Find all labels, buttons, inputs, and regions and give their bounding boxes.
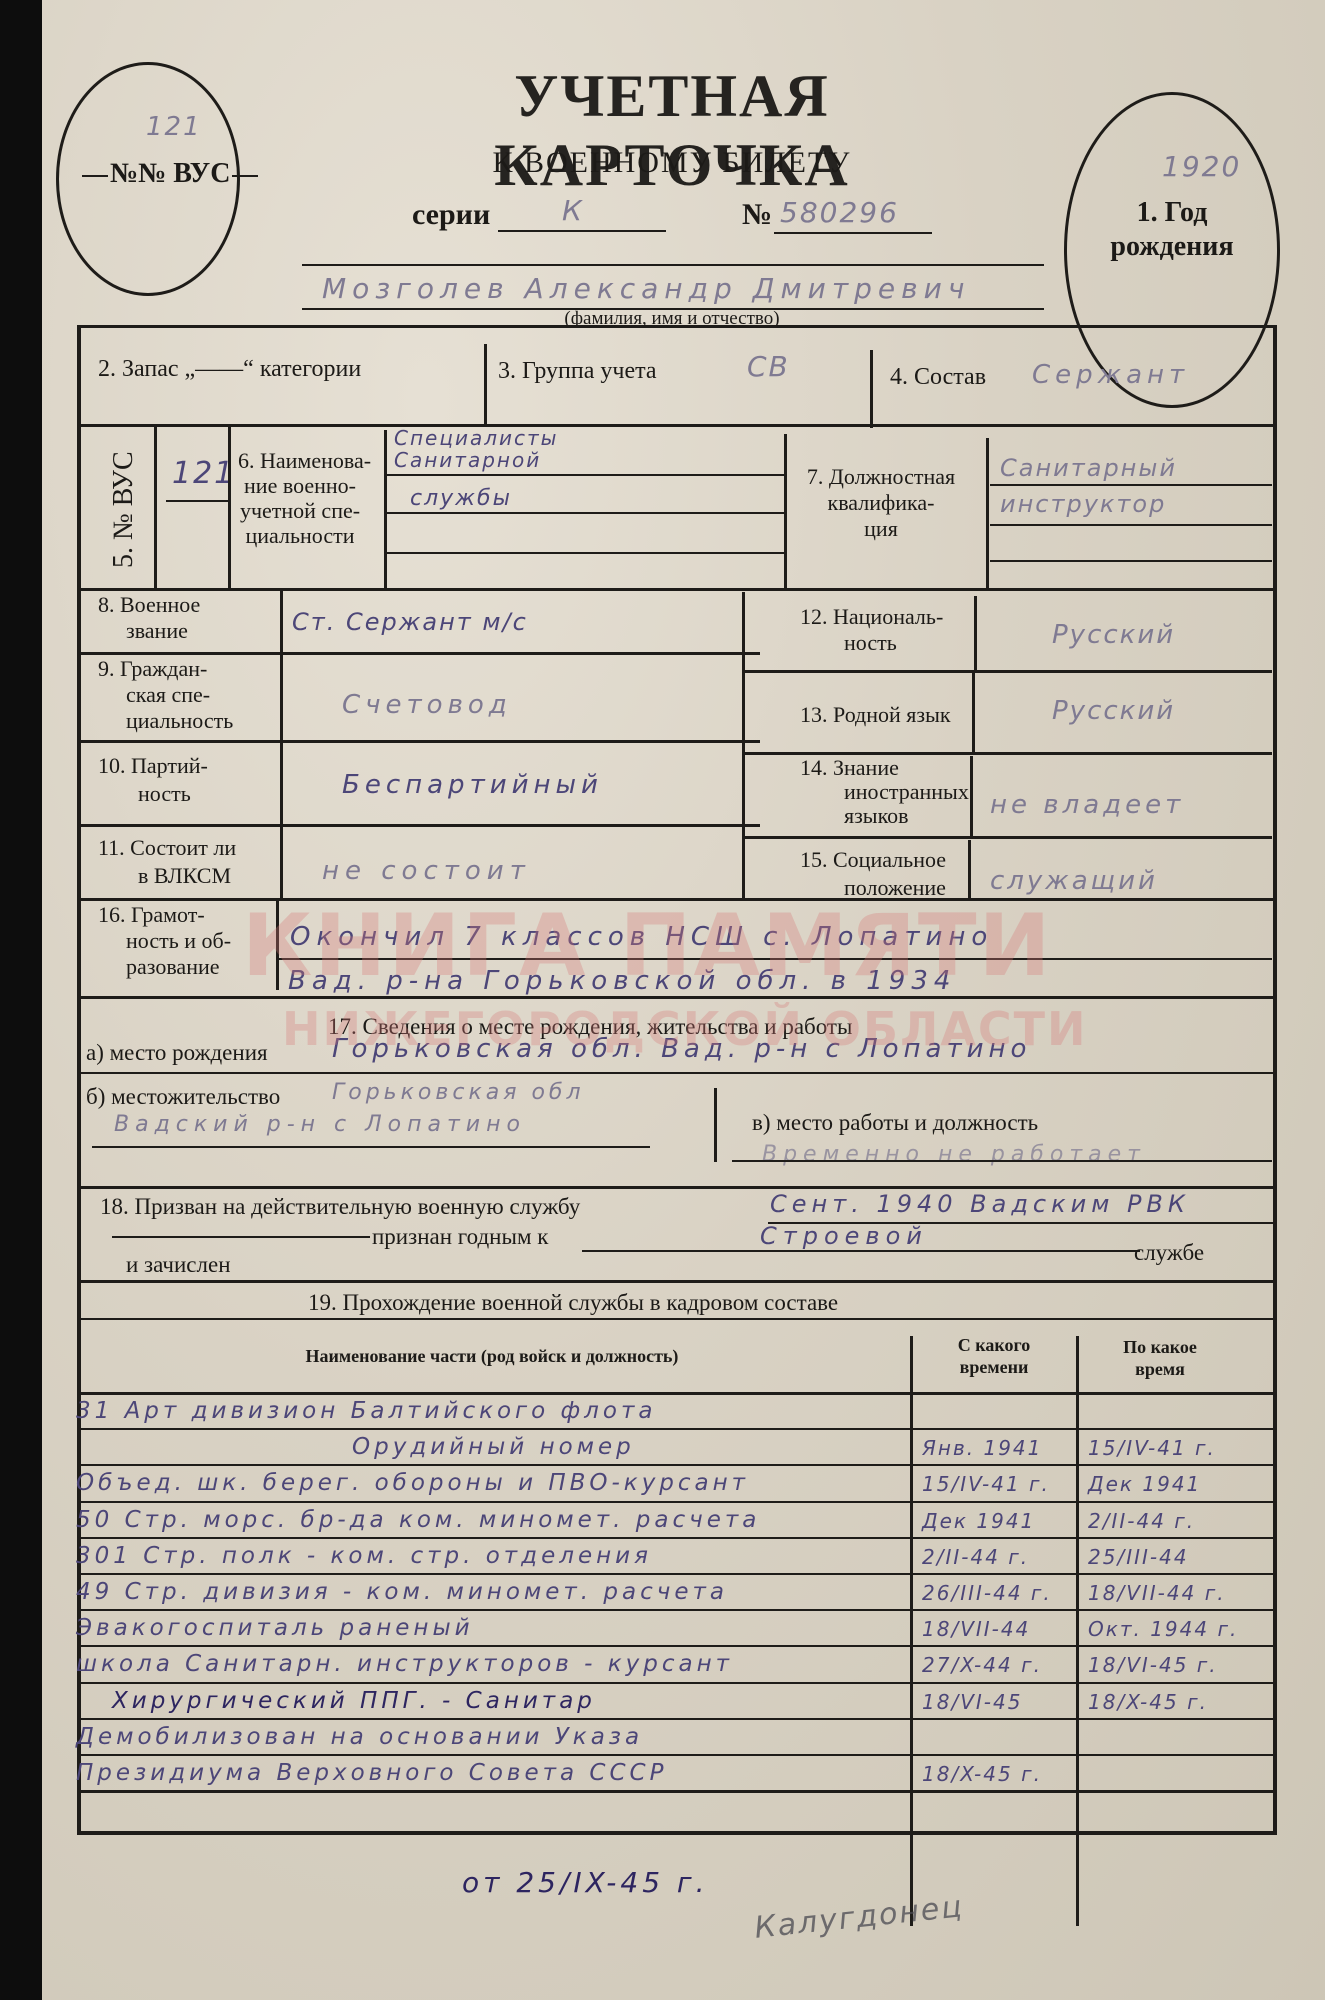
- service-row-unit: Хирургический ППГ. - Санитар: [112, 1688, 596, 1714]
- work-value: Временно не работает: [762, 1142, 1146, 1167]
- foreign-lang-label: 14. Знание иностранных языков: [800, 756, 969, 828]
- civil-label-line: ская спе-: [98, 682, 233, 708]
- service-row-line: [80, 1754, 1274, 1756]
- section19-title: 19. Прохождение военной службы в кадрово…: [308, 1290, 838, 1316]
- service-row-to: 15/IV-41 г.: [1088, 1436, 1216, 1460]
- service-row-line: [80, 1609, 1274, 1611]
- service-row-line: [80, 1501, 1274, 1503]
- birth-year-label-1: 1. Год: [1102, 196, 1242, 230]
- foreign-lang-label-line: иностранных: [800, 780, 969, 804]
- foreign-lang-label-line: языков: [800, 804, 969, 828]
- page-subtitle: К ВОЕННОМУ БИЛЕТУ: [342, 146, 1002, 180]
- service-row-from: 15/IV-41 г.: [922, 1472, 1050, 1496]
- reserve-label: 2. Запас „——“ категории: [98, 356, 361, 383]
- qualification-value-2: инструктор: [1000, 490, 1166, 518]
- date-note: от 25/IX-45 г.: [462, 1866, 709, 1899]
- service-row-unit: школа Санитарн. инструкторов - курсант: [76, 1651, 733, 1677]
- qualification-label-line: квалифика-: [788, 490, 974, 516]
- service-row-line: [80, 1718, 1274, 1720]
- number-value: 580296: [780, 196, 899, 229]
- qualification-label-line: 7. Должностная: [788, 464, 974, 490]
- rank-label: 8. Военное звание: [98, 592, 200, 644]
- nationality-label: 12. Националь- ность: [800, 604, 943, 656]
- enrolled-label: и зачислен: [126, 1252, 231, 1278]
- specialty-label: 6. Наименова- ние военно- учетной спе- ц…: [238, 448, 362, 548]
- col-unit-header: Наименование части (род войск и должност…: [82, 1346, 902, 1367]
- col-from-line: времени: [914, 1356, 1074, 1378]
- birth-year-value: 1920: [1162, 150, 1241, 183]
- birthplace-value: Горьковская обл. Вад. р-н с Лопатино: [332, 1034, 1031, 1064]
- civil-label-line: 9. Граждан-: [98, 656, 233, 682]
- qualification-label: 7. Должностная квалифика- ция: [788, 464, 974, 542]
- vus-circle-label: №№ ВУС: [82, 158, 258, 190]
- specialty-label-line: ние военно-: [238, 473, 362, 498]
- birth-year-label-2: рождения: [1102, 230, 1242, 264]
- col-to-header: По какое время: [1080, 1336, 1240, 1380]
- col-from-line: С какого: [914, 1334, 1074, 1356]
- service-row-to: 18/VI-45 г.: [1088, 1653, 1218, 1677]
- service-row-from: Янв. 1941: [922, 1436, 1042, 1460]
- komsomol-value: не состоит: [322, 856, 531, 886]
- education-value-1: Окончил 7 классов НСШ с. Лопатино: [290, 922, 993, 952]
- vus-value: 121: [172, 456, 235, 491]
- social-label: 15. Социальное положение: [800, 846, 946, 902]
- nationality-label-line: ность: [800, 630, 943, 656]
- foreign-lang-label-line: 14. Знание: [800, 756, 969, 780]
- vus-circle-text: №№ ВУС: [110, 158, 230, 189]
- social-value: служащий: [990, 866, 1158, 896]
- civil-label-line: циальность: [98, 708, 233, 734]
- col-to-line: время: [1080, 1358, 1240, 1380]
- party-label-line: 10. Партий-: [98, 752, 208, 780]
- service-row-to: 2/II-44 г.: [1088, 1509, 1195, 1533]
- service-row-line: [80, 1464, 1274, 1466]
- col-from-header: С какого времени: [914, 1334, 1074, 1378]
- fullname-value: Мозголев Александр Дмитревич: [322, 272, 970, 305]
- vus-circle-value: 121: [146, 112, 202, 142]
- composition-value: Сержант: [1032, 360, 1189, 390]
- komsomol-label-line: в ВЛКСМ: [98, 862, 236, 890]
- rank-value: Ст. Сержант м/с: [292, 608, 528, 636]
- service-row-line: [80, 1537, 1274, 1539]
- service-row-unit: 49 Стр. дивизия - ком. миномет. расчета: [76, 1579, 728, 1605]
- service-row-line: [80, 1645, 1274, 1647]
- service-row-from: 26/III-44 г.: [922, 1581, 1052, 1605]
- education-value-2: Вад. р-на Горьковской обл. в 1934: [288, 966, 956, 996]
- residence-label: б) местожительство: [86, 1084, 280, 1110]
- native-lang-label: 13. Родной язык: [800, 702, 951, 728]
- education-label: 16. Грамот- ность и об- разование: [98, 902, 231, 980]
- group-label: 3. Группа учета: [498, 358, 657, 385]
- service-row-to: 18/X-45 г.: [1088, 1690, 1208, 1714]
- residence-value-1: Горьковская обл: [332, 1080, 585, 1105]
- service-row-from: Дек 1941: [922, 1509, 1035, 1533]
- section18-value: Сент. 1940 Вадским РВК: [770, 1190, 1190, 1218]
- series-label: серии: [412, 198, 490, 232]
- nationality-label-line: 12. Националь-: [800, 604, 943, 630]
- service-row-unit: Демобилизован на основании Указа: [76, 1724, 643, 1750]
- fit-value: Строевой: [760, 1222, 928, 1250]
- party-value: Беспартийный: [342, 770, 603, 800]
- social-label-line: 15. Социальное: [800, 846, 946, 874]
- col-to-line: По какое: [1080, 1336, 1240, 1358]
- service-row-line: [80, 1573, 1274, 1575]
- composition-label: 4. Состав: [890, 364, 986, 391]
- service-row-from: 27/X-44 г.: [922, 1653, 1042, 1677]
- birthplace-label: а) место рождения: [86, 1040, 268, 1066]
- education-label-line: разование: [98, 954, 231, 980]
- service-row-to: 18/VII-44 г.: [1088, 1581, 1226, 1605]
- specialty-label-line: 6. Наименова-: [238, 448, 362, 473]
- komsomol-label: 11. Состоит ли в ВЛКСМ: [98, 834, 236, 890]
- specialty-value-2: Санитарной: [394, 448, 541, 472]
- section18-label: 18. Призван на действительную военную сл…: [100, 1194, 580, 1220]
- specialty-value-1: Специалисты: [394, 426, 558, 450]
- rank-label-line: звание: [98, 618, 200, 644]
- civil-value: Счетовод: [342, 690, 512, 720]
- civil-label: 9. Граждан- ская спе- циальность: [98, 656, 233, 734]
- service-row-to: Дек 1941: [1088, 1472, 1201, 1496]
- qualification-label-line: ция: [788, 516, 974, 542]
- rank-label-line: 8. Военное: [98, 592, 200, 618]
- service-row-unit: Эвакогоспиталь раненый: [76, 1615, 474, 1641]
- signature: Калугдонец: [753, 1889, 965, 1946]
- party-label-line: ность: [98, 780, 208, 808]
- specialty-label-line: учетной спе-: [238, 498, 362, 523]
- service-row-line: [80, 1790, 1274, 1793]
- service-row-from: 18/VII-44: [922, 1617, 1030, 1641]
- service-row-line: [80, 1682, 1274, 1684]
- fit-suffix: службе: [1134, 1240, 1204, 1266]
- specialty-value-3: службы: [410, 486, 512, 511]
- group-value: СВ: [747, 350, 790, 383]
- komsomol-label-line: 11. Состоит ли: [98, 834, 236, 862]
- service-row-unit: Орудийный номер: [352, 1434, 635, 1460]
- service-row-to: Окт. 1944 г.: [1088, 1617, 1238, 1641]
- service-row-unit: 50 Стр. морс. бр-да ком. миномет. расчет…: [76, 1507, 760, 1533]
- nationality-value: Русский: [1052, 620, 1175, 650]
- number-label: №: [742, 198, 772, 232]
- service-row-unit: Президиума Верховного Совета СССР: [76, 1760, 667, 1786]
- qualification-value-1: Санитарный: [1000, 454, 1177, 482]
- education-label-line: ность и об-: [98, 928, 231, 954]
- record-card-paper: 121 №№ ВУС 1920 1. Год рождения УЧЕТНАЯ …: [42, 0, 1325, 2000]
- service-row-line: [80, 1428, 1274, 1430]
- work-label: в) место работы и должность: [752, 1110, 1038, 1136]
- birth-year-label: 1. Год рождения: [1102, 196, 1242, 264]
- party-label: 10. Партий- ность: [98, 752, 208, 808]
- service-row-to: 25/III-44: [1088, 1545, 1189, 1569]
- foreign-lang-value: не владеет: [990, 790, 1184, 820]
- service-row-from: 18/X-45 г.: [922, 1762, 1042, 1786]
- fit-label: признан годным к: [372, 1224, 548, 1250]
- vus-label: 5. № ВУС: [108, 451, 140, 568]
- series-value: К: [562, 194, 584, 227]
- residence-value-2: Вадский р-н с Лопатино: [114, 1112, 526, 1137]
- education-label-line: 16. Грамот-: [98, 902, 231, 928]
- service-row-unit: 31 Арт дивизион Балтийского флота: [76, 1398, 656, 1424]
- social-label-line: положение: [800, 874, 946, 902]
- service-row-from: 18/VI-45: [922, 1690, 1022, 1714]
- service-row-from: 2/II-44 г.: [922, 1545, 1029, 1569]
- service-row-unit: Объед. шк. берег. обороны и ПВО-курсант: [76, 1470, 749, 1496]
- service-row-unit: 301 Стр. полк - ком. стр. отделения: [76, 1543, 652, 1569]
- native-lang-value: Русский: [1052, 696, 1175, 726]
- specialty-label-line: циальности: [238, 523, 362, 548]
